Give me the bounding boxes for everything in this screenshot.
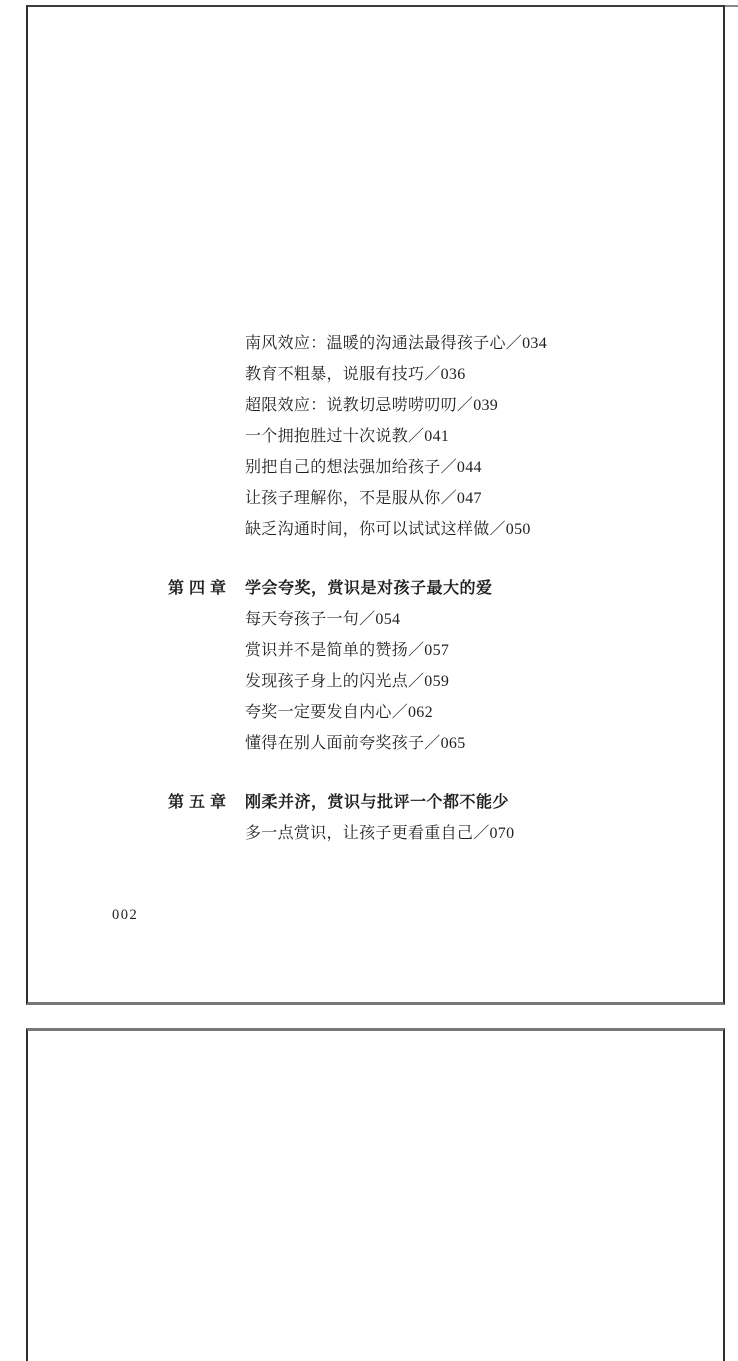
toc-entry: 懂得在别人面前夸奖孩子／065 [0,728,738,759]
toc-entry: 南风效应：温暖的沟通法最得孩子心／034 [0,328,738,359]
chapter-label: 第 四 章 [168,580,227,597]
toc-entry: 夸奖一定要发自内心／062 [0,697,738,728]
toc-entry: 缺乏沟通时间，你可以试试这样做／050 [0,514,738,545]
toc-entry: 一个拥抱胜过十次说教／041 [0,421,738,452]
chapter-heading-5: 第 五 章 刚柔并济，赏识与批评一个都不能少 [0,787,738,818]
chapter-title: 刚柔并济，赏识与批评一个都不能少 [245,787,509,818]
chapter-heading-4: 第 四 章 学会夸奖，赏识是对孩子最大的爱 [0,573,738,604]
chapter-title: 学会夸奖，赏识是对孩子最大的爱 [245,573,493,604]
toc-entry: 教育不粗暴，说服有技巧／036 [0,359,738,390]
toc-entry: 赏识并不是简单的赞扬／057 [0,635,738,666]
chapter-label: 第 五 章 [168,794,227,811]
scan-edge-artifact [725,5,738,7]
toc-entry: 每天夸孩子一句／054 [0,604,738,635]
scanned-page-2 [26,1028,725,1361]
toc-entry: 别把自己的想法强加给孩子／044 [0,452,738,483]
table-of-contents: 南风效应：温暖的沟通法最得孩子心／034 教育不粗暴，说服有技巧／036 超限效… [0,328,738,849]
toc-entry: 超限效应：说教切忌唠唠叨叨／039 [0,390,738,421]
toc-entry: 多一点赏识，让孩子更看重自己／070 [0,818,738,849]
page-number: 002 [112,902,138,928]
toc-entry: 让孩子理解你，不是服从你／047 [0,483,738,514]
toc-entry: 发现孩子身上的闪光点／059 [0,666,738,697]
